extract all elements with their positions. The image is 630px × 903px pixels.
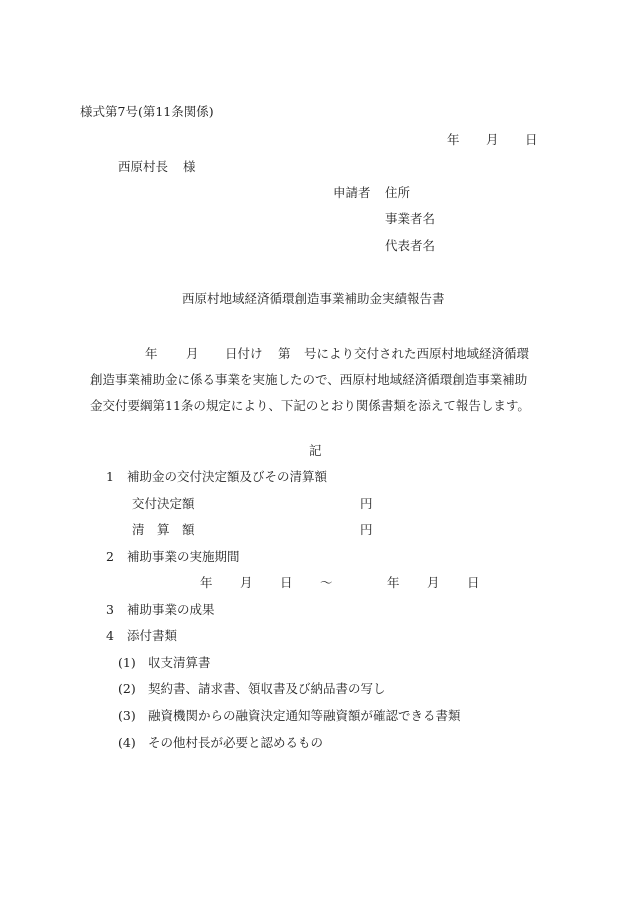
section-2-label: 補助事業の実施期間 bbox=[127, 549, 240, 565]
business-name-label: 事業者名 bbox=[385, 211, 435, 227]
period-start-year: 年 bbox=[200, 575, 213, 591]
address-label: 住所 bbox=[385, 185, 410, 201]
section-4-number: 4 bbox=[106, 628, 114, 644]
attachment-4-label: その他村長が必要と認めるもの bbox=[148, 735, 323, 751]
section-3-label: 補助事業の成果 bbox=[127, 602, 215, 618]
date-month: 月 bbox=[486, 132, 499, 148]
body-line1-rest: 号により交付された西原村地域経済循環 bbox=[304, 346, 529, 362]
body-line2: 創造事業補助金に係る事業を実施したので、西原村地域経済循環創造事業補助 bbox=[90, 372, 527, 388]
attachment-1-number: (1) bbox=[118, 655, 136, 671]
document-title: 西原村地域経済循環創造事業補助金実績報告書 bbox=[182, 291, 445, 307]
applicant-label: 申請者 bbox=[333, 185, 371, 201]
addressee-name: 西原村長 bbox=[118, 159, 168, 175]
date-line: 年 bbox=[447, 132, 460, 148]
form-number: 様式第7号(第11条関係) bbox=[80, 104, 214, 120]
attachment-3-number: (3) bbox=[118, 708, 136, 724]
attachment-4-number: (4) bbox=[118, 735, 136, 751]
period-end-month: 月 bbox=[427, 575, 440, 591]
period-end-day: 日 bbox=[467, 575, 480, 591]
settlement-amount-unit: 円 bbox=[360, 522, 373, 538]
addressee-honorific: 様 bbox=[183, 159, 196, 175]
body-line3: 金交付要綱第11条の規定により、下記のとおり関係書類を添えて報告します。 bbox=[90, 398, 530, 414]
section-4-label: 添付書類 bbox=[127, 628, 177, 644]
attachment-3-label: 融資機関からの融資決定通知等融資額が確認できる書類 bbox=[148, 708, 461, 724]
period-start-day: 日 bbox=[280, 575, 293, 591]
grant-decision-amount-label: 交付決定額 bbox=[132, 496, 195, 512]
attachment-2-label: 契約書、請求書、領収書及び納品書の写し bbox=[148, 681, 386, 697]
period-start-month: 月 bbox=[240, 575, 253, 591]
section-1-label: 補助金の交付決定額及びその清算額 bbox=[127, 469, 327, 485]
body-line1-month: 月 bbox=[186, 346, 199, 362]
date-day: 日 bbox=[525, 132, 538, 148]
body-line1-number-prefix: 第 bbox=[278, 346, 291, 362]
section-2-number: 2 bbox=[106, 549, 114, 565]
period-separator: ～ bbox=[320, 575, 333, 591]
body-line1-year: 年 bbox=[145, 346, 158, 362]
date-year: 年 bbox=[447, 132, 460, 147]
section-3-number: 3 bbox=[106, 602, 114, 618]
settlement-amount-label: 清 算 額 bbox=[132, 522, 195, 538]
body-line1-day: 日付け bbox=[225, 346, 263, 362]
representative-label: 代表者名 bbox=[385, 238, 435, 254]
attachment-2-number: (2) bbox=[118, 681, 136, 697]
grant-decision-amount-unit: 円 bbox=[360, 496, 373, 512]
period-end-year: 年 bbox=[387, 575, 400, 591]
ki-marker: 記 bbox=[309, 443, 322, 459]
section-1-number: 1 bbox=[106, 469, 114, 485]
attachment-1-label: 収支清算書 bbox=[148, 655, 211, 671]
